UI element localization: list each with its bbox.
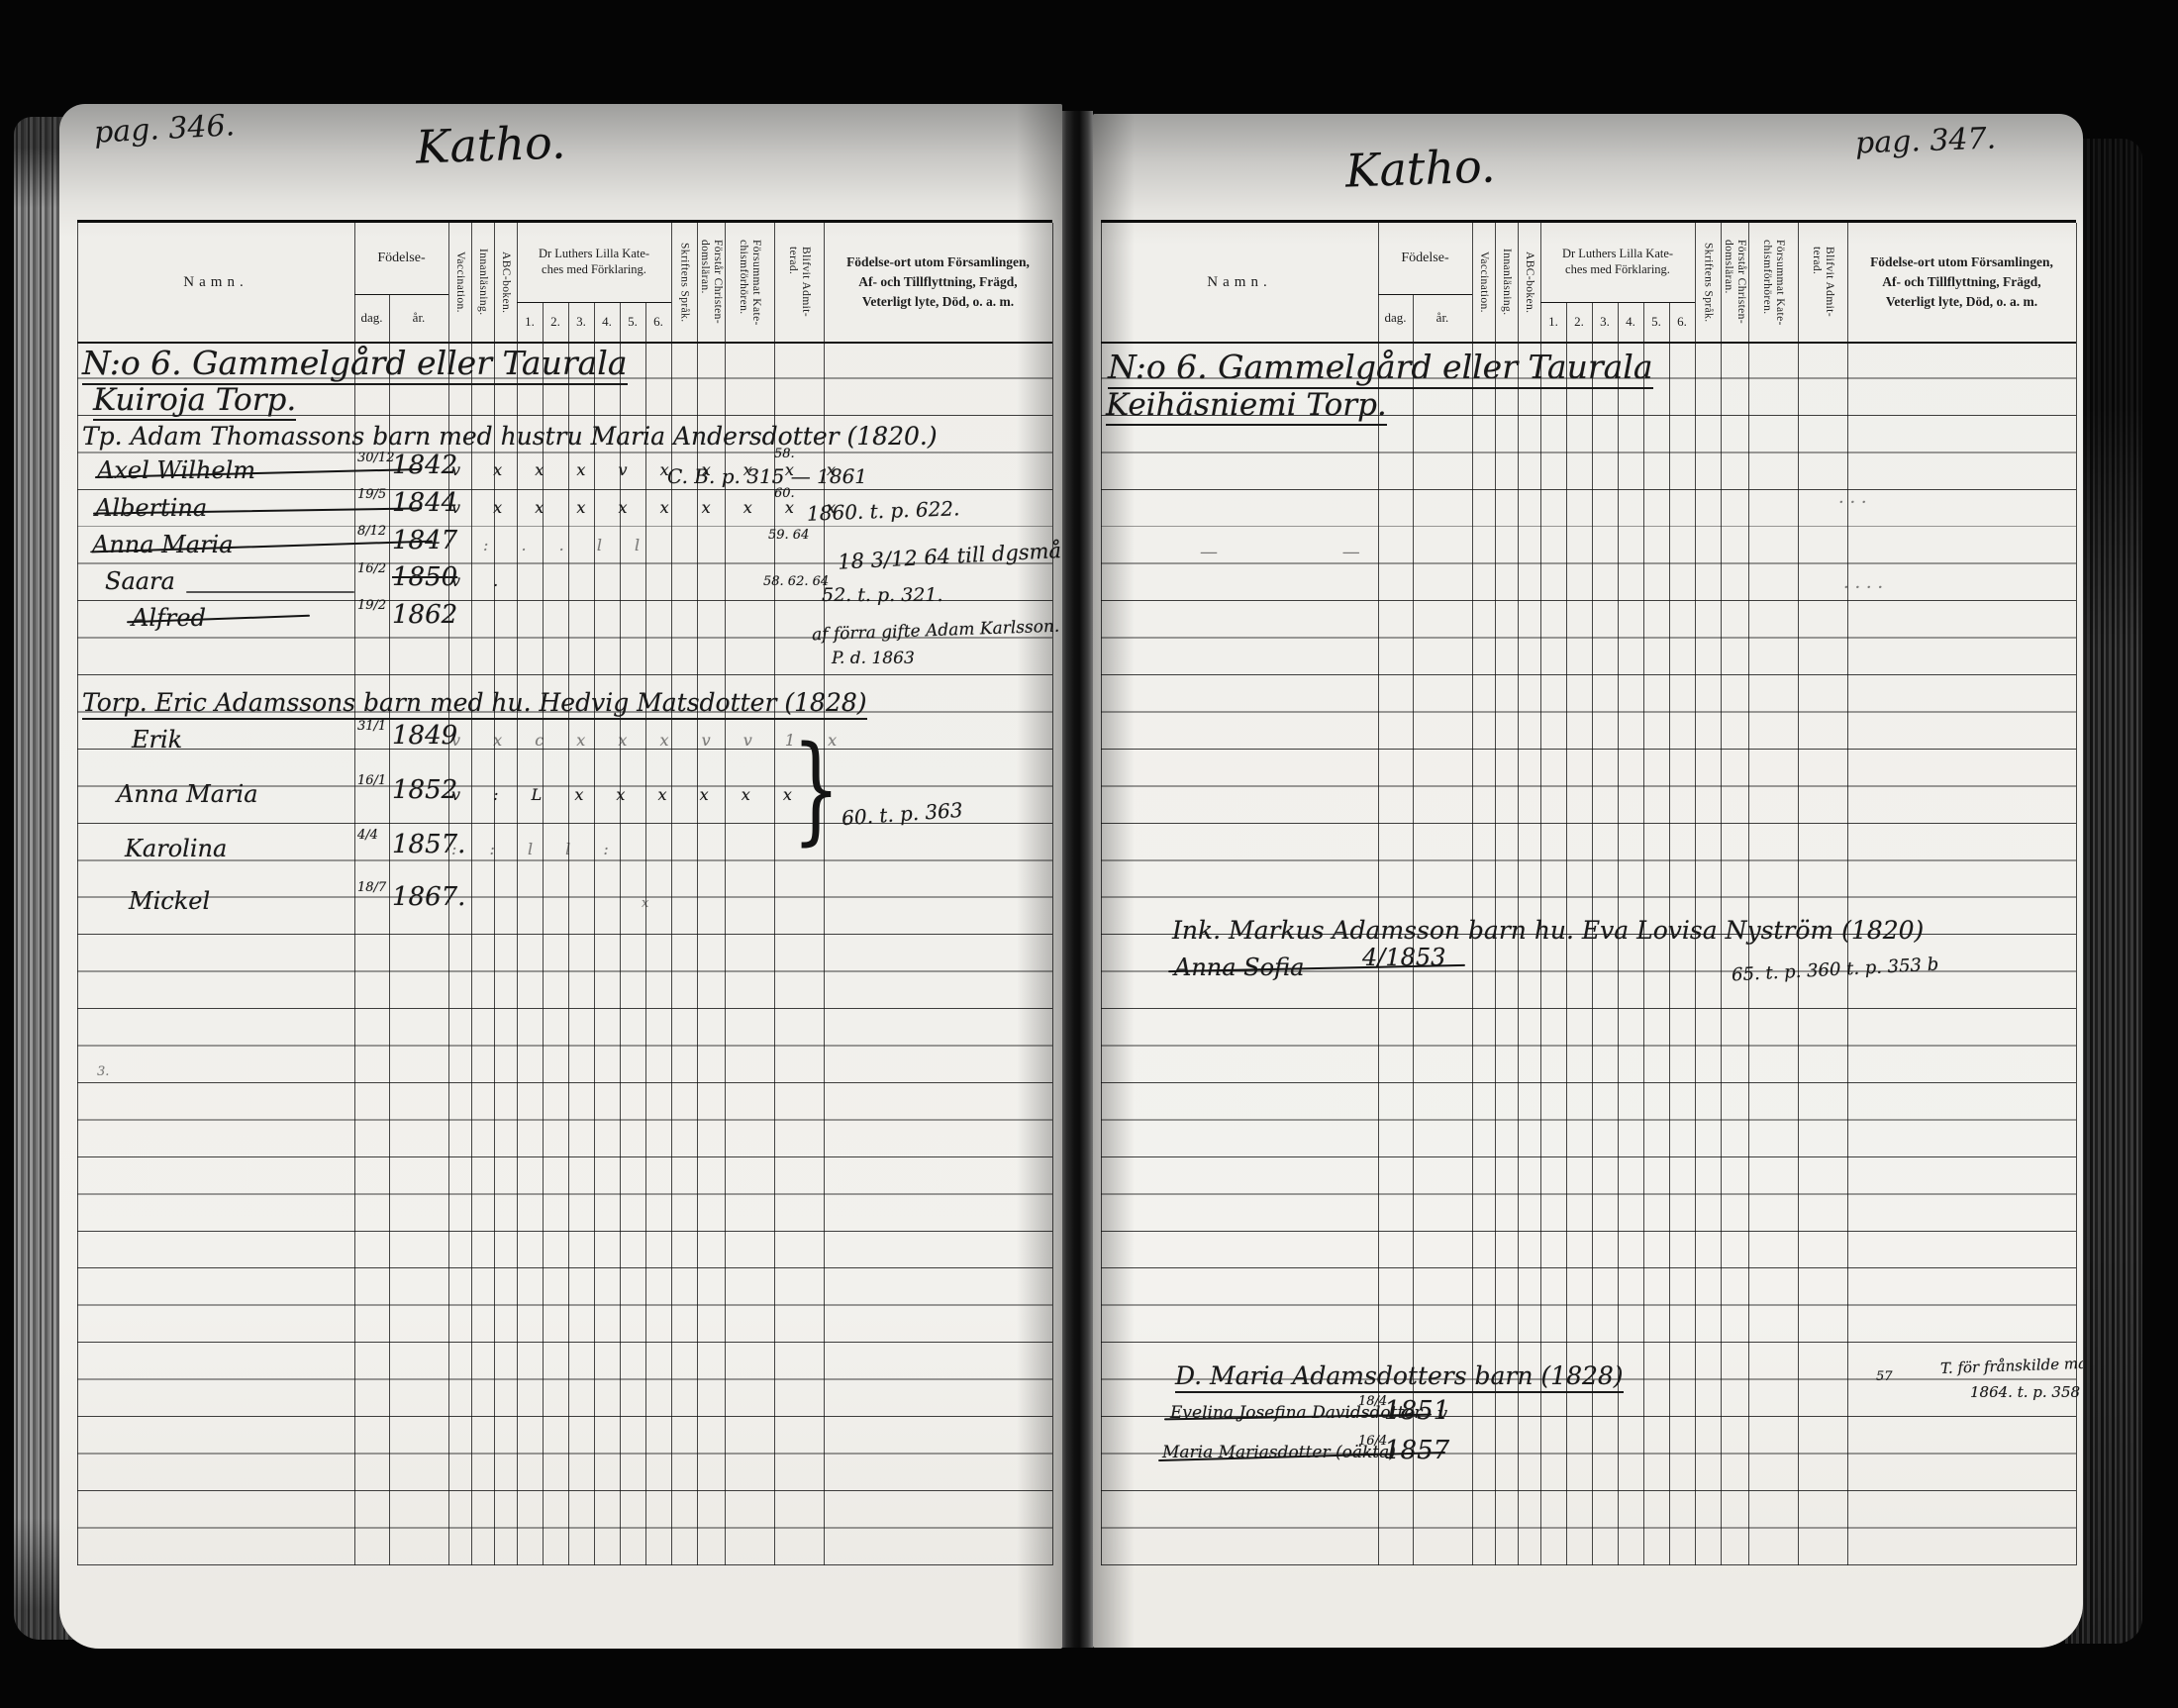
column-header-skriftens-sprak: Skriftens Språk. bbox=[1695, 223, 1721, 342]
grid-vline bbox=[1748, 223, 1749, 1565]
book-scan: pag. 346. Katho. Namn. Födelse- dag. år.… bbox=[0, 0, 2178, 1708]
grid-vline bbox=[1798, 223, 1799, 1565]
kateches-subcol-3: 3. bbox=[1592, 302, 1618, 342]
grid-vline bbox=[645, 302, 646, 1565]
grid-vline bbox=[517, 223, 518, 1565]
entry-birth-year: 1867. bbox=[392, 882, 465, 912]
page-title-right: Katho. bbox=[1344, 139, 1496, 197]
kateches-subcol-5: 5. bbox=[1643, 302, 1669, 342]
grid-vline bbox=[594, 302, 595, 1565]
note-year: 58. 62. 64 bbox=[763, 574, 829, 589]
grid-vline bbox=[1643, 302, 1644, 1565]
entry-birth-day: 8/12 bbox=[357, 524, 386, 539]
column-header-forstar: Förstår Christen- domsläran. bbox=[1721, 223, 1748, 342]
book-spine-gutter bbox=[1059, 111, 1093, 1648]
column-header-ar: år. bbox=[1413, 294, 1472, 342]
grid-vline bbox=[2076, 223, 2077, 1565]
entry-birth-day: 31/1 bbox=[357, 719, 386, 734]
column-header-skriftens-sprak: Skriftens Språk. bbox=[671, 223, 697, 342]
kateches-subcol-4: 4. bbox=[1618, 302, 1643, 342]
column-header-fodelse: Födelse- bbox=[354, 223, 448, 294]
column-header-vaccination: Vaccination. bbox=[1472, 223, 1495, 342]
column-header-dag: dag. bbox=[354, 294, 389, 342]
entry-name: Saara bbox=[105, 567, 175, 595]
entry-marks: v x c x x x v v 1 x bbox=[451, 731, 850, 750]
page-title-left: Katho. bbox=[415, 115, 566, 173]
grid-vline bbox=[1695, 223, 1696, 1565]
column-header-namn: Namn. bbox=[77, 223, 354, 342]
grid-vline bbox=[1378, 223, 1379, 1565]
entry-name: Axel Wilhelm bbox=[97, 456, 255, 484]
kateches-subcol-4: 4. bbox=[594, 302, 620, 342]
entry-birth-day: 4/4 bbox=[357, 828, 378, 843]
column-header-blifvit: Blifvit Admit- terad. bbox=[774, 223, 824, 342]
kateches-subcol-2: 2. bbox=[543, 302, 568, 342]
grid-vline bbox=[1495, 223, 1496, 1565]
column-header-vaccination: Vaccination. bbox=[448, 223, 471, 342]
entry-birth-year: 1857 bbox=[1384, 1436, 1449, 1465]
grid-vline bbox=[774, 223, 775, 1565]
kateches-subcol-6: 6. bbox=[645, 302, 671, 342]
grid-vline bbox=[1413, 294, 1414, 1565]
note-year: 60. bbox=[774, 486, 795, 501]
ditto-mark: · · · bbox=[1838, 492, 1867, 513]
grid-vline bbox=[354, 223, 355, 1565]
entry-name: Erik bbox=[132, 726, 182, 754]
grid-vline bbox=[1721, 223, 1722, 1565]
column-header-fodelseort: Födelse-ort utom Församlingen, Af- och T… bbox=[1847, 223, 2076, 342]
entry-birth-day: 16/2 bbox=[357, 561, 386, 576]
column-header-innanlasning: Innanläsning. bbox=[471, 223, 494, 342]
family-line: Ink. Markus Adamsson barn hu. Eva Lovisa… bbox=[1172, 916, 1924, 945]
entry-birth-day: 16/1 bbox=[357, 773, 386, 788]
entry-marks: v . bbox=[451, 571, 512, 590]
grid-vline bbox=[697, 223, 698, 1565]
column-header-abc-boken: ABC-boken. bbox=[494, 223, 517, 342]
grid-vline bbox=[620, 302, 621, 1565]
entry-birth-day: 19/2 bbox=[357, 598, 386, 613]
grouping-brace: } bbox=[792, 720, 841, 856]
note-year: 58. bbox=[774, 447, 795, 461]
grid-vline bbox=[1540, 223, 1541, 1565]
kateches-subcol-1: 1. bbox=[517, 302, 543, 342]
entry-marks: v : L x x x x x x bbox=[451, 785, 806, 804]
column-header-blifvit: Blifvit Admit- terad. bbox=[1798, 223, 1847, 342]
kateches-subcol-6: 6. bbox=[1669, 302, 1695, 342]
table-grid-right: Namn. Födelse- dag. år. Vaccination. Inn… bbox=[1101, 220, 2076, 1565]
column-header-dag: dag. bbox=[1378, 294, 1413, 342]
grid-vline bbox=[494, 223, 495, 1565]
column-header-forsummat: Försummat Kate- chismförhören. bbox=[725, 223, 774, 342]
grid-vline bbox=[471, 223, 472, 1565]
column-header-fodelseort: Födelse-ort utom Församlingen, Af- och T… bbox=[824, 223, 1052, 342]
stray-mark: 3. bbox=[97, 1064, 109, 1079]
column-header-ar: år. bbox=[389, 294, 448, 342]
note: 1864. t. p. 358 bbox=[1970, 1383, 2080, 1401]
column-header-kateches: Dr Luthers Lilla Kate- ches med Förklari… bbox=[1540, 223, 1695, 302]
grid-vline bbox=[824, 223, 825, 1565]
household-subheading: Kuiroja Torp. bbox=[93, 382, 296, 418]
page-number-right: pag. 347. bbox=[1854, 122, 1996, 161]
kateches-subcol-3: 3. bbox=[568, 302, 594, 342]
grid-vline bbox=[448, 223, 449, 1565]
column-header-innanlasning: Innanläsning. bbox=[1495, 223, 1518, 342]
family-line: D. Maria Adamsdotters barn (1828) bbox=[1175, 1361, 1624, 1390]
grid-vline bbox=[389, 294, 390, 1565]
grid-vline bbox=[725, 223, 726, 1565]
page-left: pag. 346. Katho. Namn. Födelse- dag. år.… bbox=[59, 104, 1062, 1649]
grid-vline bbox=[1518, 223, 1519, 1565]
grid-vline bbox=[1592, 302, 1593, 1565]
grid-vline bbox=[671, 223, 672, 1565]
page-right: Katho. pag. 347. Namn. Födelse- dag. år.… bbox=[1093, 114, 2083, 1648]
kateches-subcol-1: 1. bbox=[1540, 302, 1566, 342]
ruled-lines bbox=[77, 342, 1052, 1565]
column-header-namn: Namn. bbox=[1101, 223, 1378, 342]
ditto-mark: — — bbox=[1200, 542, 1420, 562]
grid-vline bbox=[543, 302, 544, 1565]
grid-vline bbox=[1847, 223, 1848, 1565]
grid-vline bbox=[77, 223, 78, 1565]
trailing-dash bbox=[186, 591, 354, 593]
column-header-fodelse: Födelse- bbox=[1378, 223, 1472, 294]
entry-name: Anna Maria bbox=[117, 780, 258, 808]
household-subheading: Keihäsniemi Torp. bbox=[1106, 387, 1387, 423]
household-heading: N:o 6. Gammelgård eller Taurala bbox=[1108, 348, 1653, 386]
grid-vline bbox=[1052, 223, 1053, 1565]
entry-birth-day: 16/4 bbox=[1358, 1434, 1387, 1449]
entry-name: Anna Maria bbox=[92, 531, 234, 558]
column-header-kateches: Dr Luthers Lilla Kate- ches med Förklari… bbox=[517, 223, 671, 302]
entry-birth-day: 19/5 bbox=[357, 487, 386, 502]
grid-vline bbox=[1101, 223, 1102, 1565]
entry-name: Albertina bbox=[95, 494, 207, 522]
entry-name: Mickel bbox=[129, 887, 210, 915]
grid-vline bbox=[1472, 223, 1473, 1565]
grid-vline bbox=[568, 302, 569, 1565]
entry-birth-day: 18/4 bbox=[1358, 1394, 1387, 1409]
table-grid-left: Namn. Födelse- dag. år. Vaccination. Inn… bbox=[77, 220, 1052, 1565]
kateches-subcol-5: 5. bbox=[620, 302, 645, 342]
column-header-forstar: Förstår Christen- domsläran. bbox=[697, 223, 725, 342]
grid-vline bbox=[1566, 302, 1567, 1565]
column-header-abc-boken: ABC-boken. bbox=[1518, 223, 1540, 342]
note-year: 57 bbox=[1876, 1369, 1893, 1384]
note: P. d. 1863 bbox=[832, 649, 915, 668]
note: 52. t. p. 321. bbox=[822, 584, 943, 606]
entry-name: Karolina bbox=[125, 835, 227, 862]
family-line: Tp. Adam Thomassons barn med hustru Mari… bbox=[82, 422, 938, 451]
kateches-subcol-2: 2. bbox=[1566, 302, 1592, 342]
grid-vline bbox=[1669, 302, 1670, 1565]
header-bottom-rule bbox=[1101, 342, 2076, 344]
page-number-left: pag. 346. bbox=[93, 108, 236, 150]
family-line: Torp. Eric Adamssons barn med hu. Hedvig… bbox=[82, 688, 867, 717]
entry-marks: : : l l : bbox=[451, 840, 623, 858]
ditto-mark: · · · · bbox=[1843, 577, 1883, 598]
entry-birth-day: 18/7 bbox=[357, 880, 386, 895]
entry-marks: v bbox=[1437, 1403, 1447, 1424]
grid-vline bbox=[1618, 302, 1619, 1565]
column-header-forsummat: Försummat Kate- chismförhören. bbox=[1748, 223, 1798, 342]
